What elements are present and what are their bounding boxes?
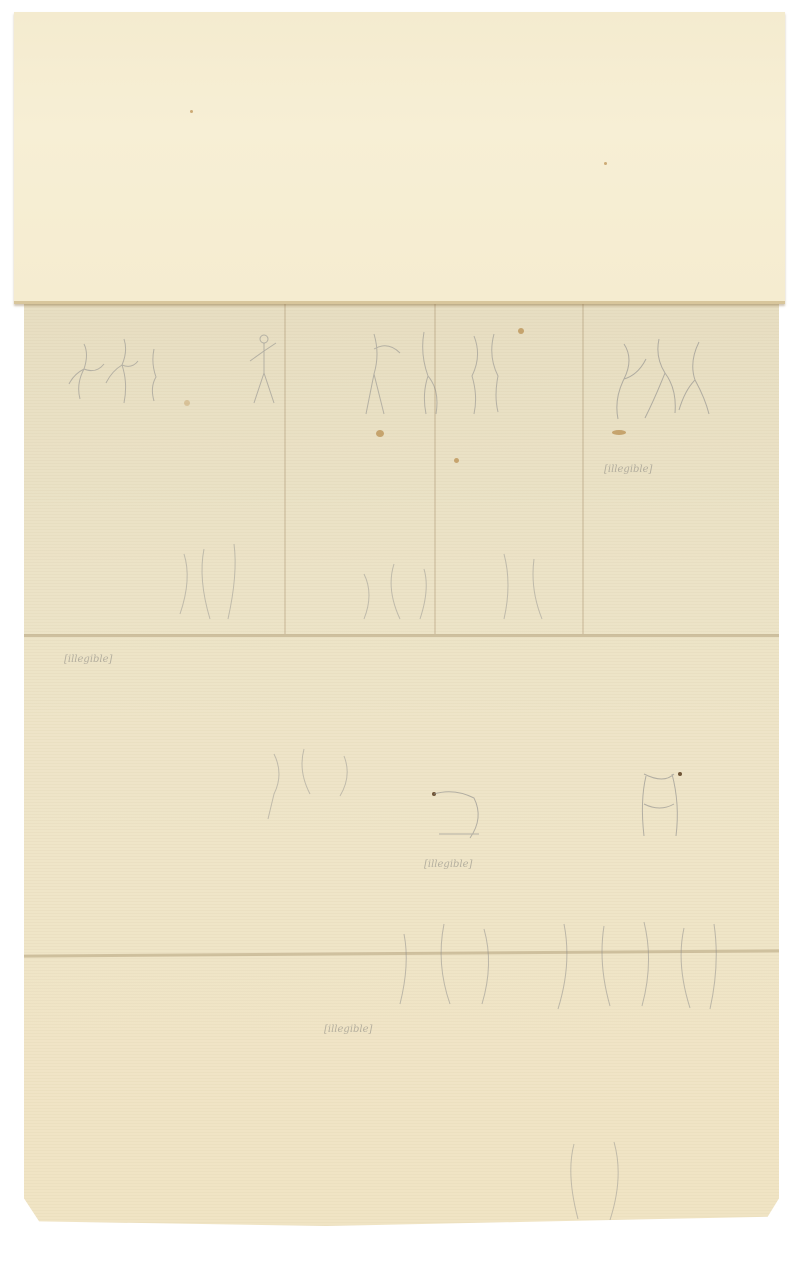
pencil-figures-sketch: [64, 334, 174, 414]
horizontal-fold: [24, 634, 779, 637]
foxing-stain: [454, 458, 459, 463]
pencil-figures-sketch: [624, 764, 704, 844]
pencil-figures-sketch: [384, 914, 734, 1034]
pencil-figure-sketch: [234, 329, 294, 419]
pencil-figures-sketch: [254, 744, 394, 824]
pencil-caption: [illegible]: [64, 654, 112, 665]
pencil-caption: [illegible]: [324, 1024, 372, 1035]
overlay-sheet-edge: [14, 301, 785, 304]
pencil-caption: [illegible]: [604, 464, 652, 475]
pencil-figures-sketch: [354, 324, 524, 424]
pencil-figures-sketch: [164, 534, 584, 634]
blank-overlay-sheet: [14, 12, 785, 304]
pencil-figures-sketch: [544, 1134, 664, 1224]
foxing-stain: [184, 400, 190, 406]
pencil-caption: [illegible]: [424, 859, 472, 870]
sketch-sheet: [illegible] [illegible] [illegible] [ill…: [24, 304, 779, 1226]
foxing-stain: [376, 430, 384, 437]
ink-spot: [190, 110, 193, 113]
pencil-figure-sketch: [424, 784, 504, 844]
pencil-figures-sketch: [604, 334, 724, 434]
ink-spot: [604, 162, 607, 165]
